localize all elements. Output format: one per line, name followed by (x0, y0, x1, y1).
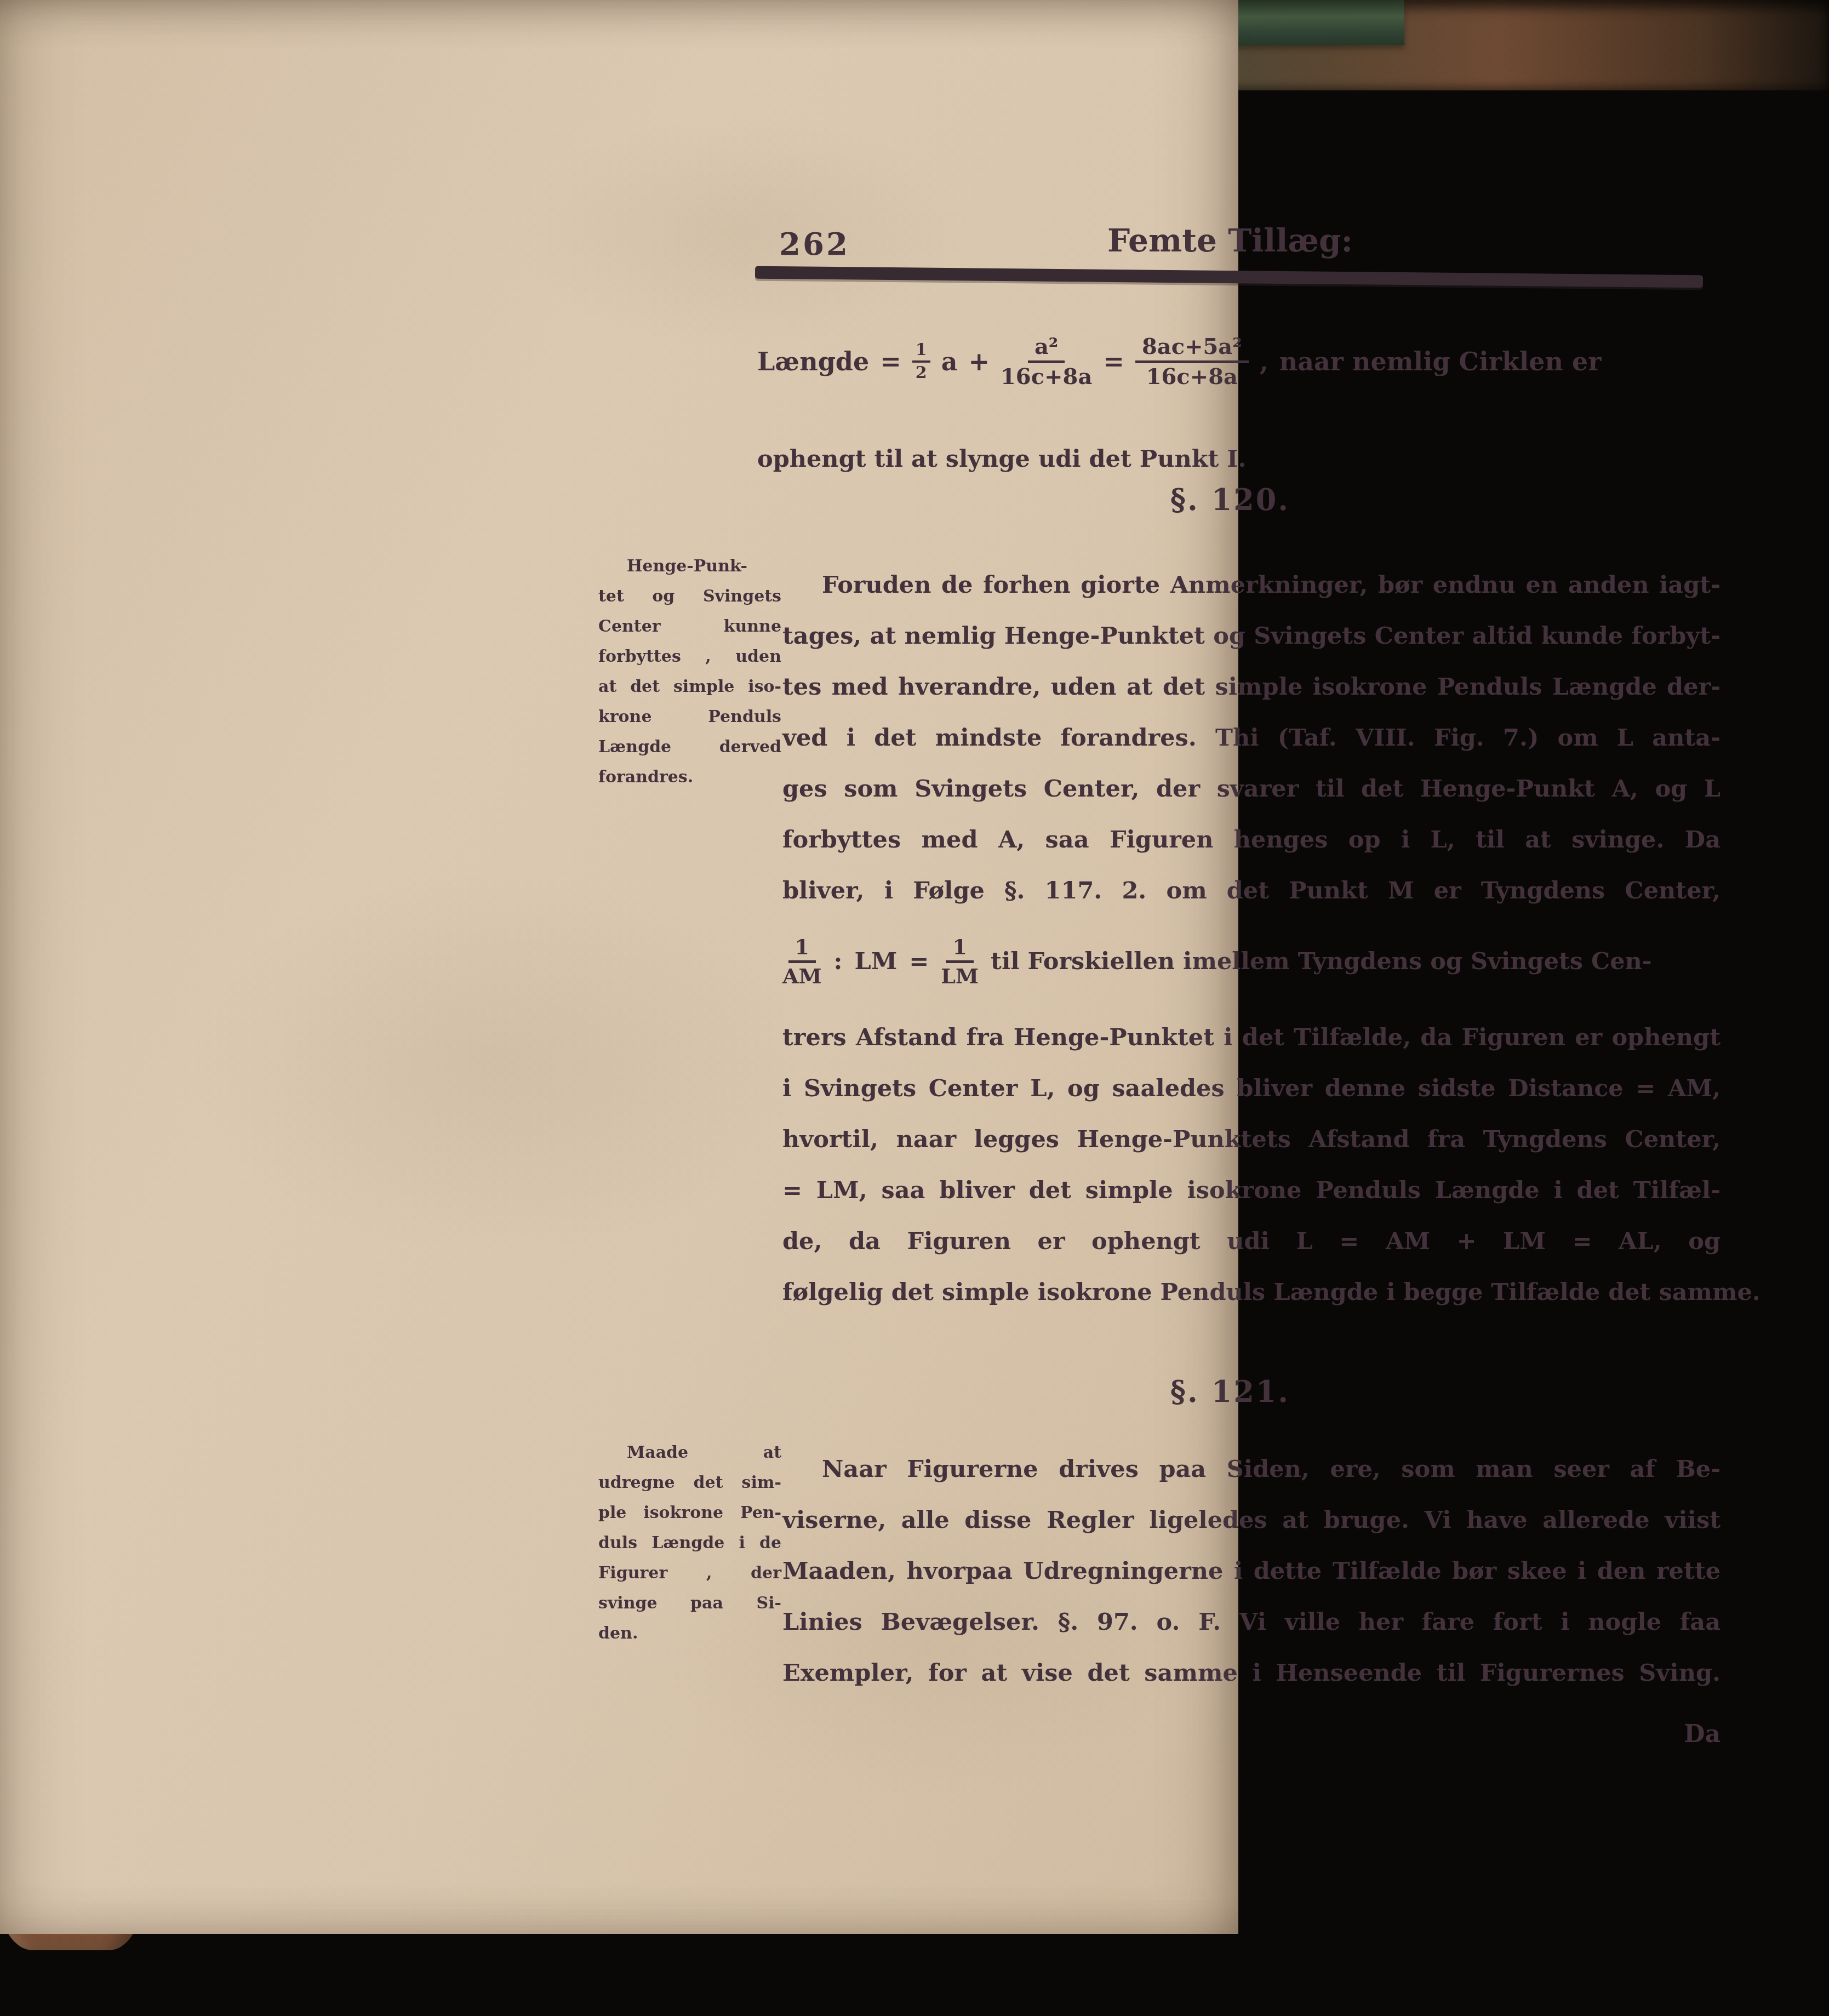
formula-tail-text: naar nemlig Cirklen er (1279, 347, 1602, 376)
body-line: viserne, alle disse Regler ligeledes at … (782, 1495, 1721, 1546)
body-line: Linies Bevægelser. §. 97. o. F. Vi ville… (782, 1597, 1721, 1648)
body-line: Naar Figurerne drives paa Siden, ere, so… (782, 1444, 1721, 1495)
running-title: Femte Tillæg: (1036, 225, 1425, 256)
formula-lhs: Længde (757, 347, 869, 376)
ratio-formula-line: 1 AM : LM = 1 LM til Forskiellen imellem… (782, 910, 1721, 1012)
margin-note-line: forandres. (598, 762, 781, 792)
body-line: bliver, i Følge §. 117. 2. om det Punkt … (782, 866, 1721, 917)
margin-note-line: den. (598, 1618, 781, 1648)
body-line: tes med hverandre, uden at det simple is… (782, 662, 1721, 713)
body-line: forbyttes med A, saa Figuren henges op i… (782, 815, 1721, 866)
intro-second-line: ophengt til at slynge udi det Punkt I. (757, 434, 1246, 485)
margin-note-line: ple isokrone Pen- (598, 1498, 781, 1528)
body-line: trers Afstand fra Henge-Punktet i det Ti… (782, 1012, 1721, 1063)
fraction-1-over-LM: 1 LM (941, 935, 979, 988)
colon: : (834, 948, 843, 975)
margin-note-line: at det simple iso- (598, 672, 781, 702)
body-line: hvortil, naar legges Henge-Punktets Afst… (782, 1114, 1721, 1165)
body-line: ved i det mindste forandres. Thi (Taf. V… (782, 713, 1721, 764)
book-photo: 262 Femte Tillæg: Længde = 1 2 a + a² 16… (0, 0, 1829, 2016)
equals-sign: = (1103, 347, 1124, 376)
page-number: 262 (779, 229, 850, 260)
body-line: = LM, saa bliver det simple isokrone Pen… (782, 1165, 1721, 1216)
body-line: ges som Svingets Center, der svarer til … (782, 764, 1721, 815)
margin-note-line: Maade at (598, 1437, 781, 1468)
section-120-body-upper: Foruden de forhen giorte Anmerkninger, b… (782, 560, 1721, 917)
margin-note-line: Henge-Punk- (598, 551, 781, 581)
one-half-fraction: 1 2 (912, 341, 930, 382)
body-line: følgelig det simple isokrone Penduls Læn… (782, 1267, 1721, 1318)
margin-note-line: udregne det sim- (598, 1468, 781, 1498)
fraction-1-over-AM: 1 AM (782, 935, 822, 988)
body-line: tages, at nemlig Henge-Punktet og Svinge… (782, 611, 1721, 662)
body-line: Exempler, for at vise det samme i Hensee… (782, 1648, 1721, 1699)
margin-note-line: Figurer , der (598, 1558, 781, 1588)
margin-note-line: Center kunne (598, 611, 781, 642)
section-121-heading: §. 121. (1036, 1374, 1425, 1409)
margin-note-line: svinge paa Si- (598, 1588, 781, 1618)
ratio-line-tail-text: til Forskiellen imellem Tyngdens og Svin… (991, 948, 1652, 975)
catchword: Da (1616, 1720, 1721, 1748)
margin-note-line: krone Penduls (598, 702, 781, 732)
variable-a: a (941, 347, 958, 376)
fraction-a2-over-16c8a: a² 16c+8a (1001, 334, 1092, 390)
equals-sign: = (909, 948, 929, 975)
pendulum-length-formula: Længde = 1 2 a + a² 16c+8a = 8ac+5a² 16c… (757, 299, 1722, 425)
margin-note-line: tet og Svingets (598, 581, 781, 611)
section-121-body: Naar Figurerne drives paa Siden, ere, so… (782, 1444, 1721, 1699)
equals-sign: = (880, 347, 901, 376)
plus-sign: + (968, 347, 990, 376)
section-120-margin-note: Henge-Punk- tet og Svingets Center kunne… (598, 551, 781, 792)
body-line: Maaden, hvorpaa Udregningerne i dette Ti… (782, 1546, 1721, 1597)
margin-note-line: Længde derved (598, 732, 781, 762)
section-120-body-lower: trers Afstand fra Henge-Punktet i det Ti… (782, 1012, 1721, 1318)
margin-note-line: forbyttes , uden (598, 642, 781, 672)
body-line: Foruden de forhen giorte Anmerkninger, b… (782, 560, 1721, 611)
body-line: de, da Figuren er ophengt udi L = AM + L… (782, 1216, 1721, 1267)
margin-note-line: duls Længde i de (598, 1528, 781, 1558)
LM-term: LM (854, 948, 897, 975)
comma: , (1260, 347, 1268, 376)
fraction-8ac5a2-over-16c8a: 8ac+5a² 16c+8a (1135, 334, 1249, 390)
body-line: i Svingets Center L, og saaledes bliver … (782, 1063, 1721, 1114)
section-120-heading: §. 120. (1036, 482, 1425, 517)
section-121-margin-note: Maade at udregne det sim- ple isokrone P… (598, 1437, 781, 1648)
